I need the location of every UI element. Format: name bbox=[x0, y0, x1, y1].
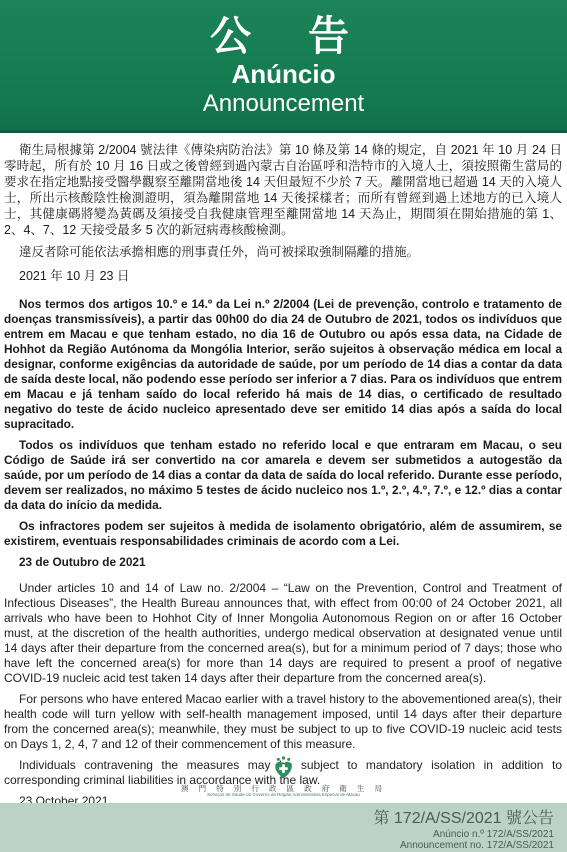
announcement-page: 公 告 Anúncio Announcement 衛生局根據第 2/2004 號… bbox=[0, 0, 567, 852]
paragraph-en-main: Under articles 10 and 14 of Law no. 2/20… bbox=[4, 581, 562, 686]
reference-number-pt: Anúncio n.º 172/A/SS/2021 bbox=[0, 829, 554, 840]
footer-reference-bar: 第 172/A/SS/2021 號公告 Anúncio n.º 172/A/SS… bbox=[0, 803, 567, 852]
date-pt: 23 de Outubro de 2021 bbox=[4, 555, 562, 569]
paragraph-pt-penalty: Os infractores podem ser sujeitos à medi… bbox=[4, 519, 562, 549]
title-portuguese: Anúncio bbox=[0, 60, 567, 90]
title-chinese: 公 告 bbox=[0, 15, 567, 58]
paragraph-zh-main: 衛生局根據第 2/2004 號法律《傳染病防治法》第 10 條及第 14 條的規… bbox=[4, 142, 562, 238]
title-english: Announcement bbox=[0, 90, 567, 118]
paragraph-en-healthcode: For persons who have entered Macao earli… bbox=[4, 692, 562, 752]
paragraph-pt-main: Nos termos dos artigos 10.º e 14.º da Le… bbox=[4, 297, 562, 432]
org-name-chinese: 澳 門 特 別 行 政 區 政 府 衛 生 局 bbox=[0, 785, 567, 793]
reference-number-en: Announcement no. 172/A/SS/2021 bbox=[0, 840, 554, 851]
date-zh: 2021 年 10 月 23 日 bbox=[4, 266, 562, 284]
health-bureau-emblem-icon bbox=[271, 766, 296, 783]
reference-number-zh: 第 172/A/SS/2021 號公告 bbox=[0, 810, 554, 828]
health-bureau-logo: 澳 門 特 別 行 政 區 政 府 衛 生 局 Serviços de Saúd… bbox=[0, 756, 567, 800]
announcement-body: 衛生局根據第 2/2004 號法律《傳染病防治法》第 10 條及第 14 條的規… bbox=[0, 133, 567, 808]
paragraph-zh-penalty: 違反者除可能依法承擔相應的刑事責任外，尚可被採取強制隔離的措施。 bbox=[4, 244, 562, 260]
org-name-portuguese: Serviços de Saúde do Governo da Região A… bbox=[71, 793, 496, 798]
header-banner: 公 告 Anúncio Announcement bbox=[0, 0, 567, 133]
paragraph-pt-healthcode: Todos os indivíduos que tenham estado no… bbox=[4, 438, 562, 513]
